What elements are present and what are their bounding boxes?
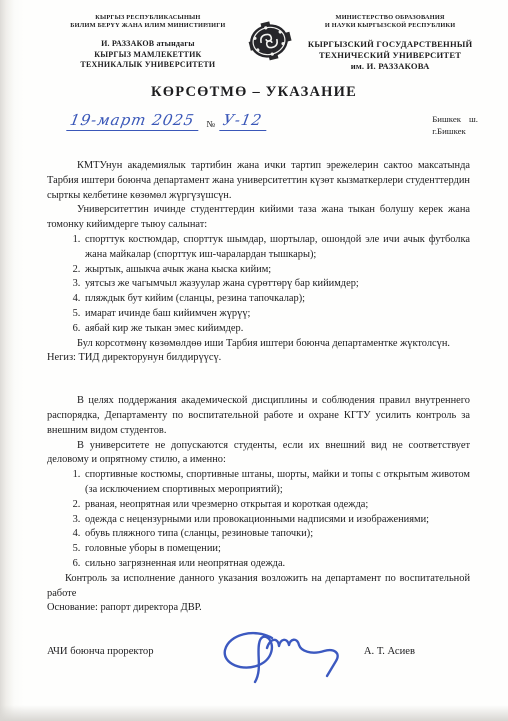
university-russian-line2: ТЕХНИЧЕСКИЙ УНИВЕРСИТЕТ: [302, 50, 478, 61]
ministry-name-kyrgyz: КЫРГЫЗ РЕСПУБЛИКАСЫНЫН БИЛИМ БЕРҮҮ ЖАНА …: [60, 14, 236, 30]
kyrgyz-paragraph-2: Университеттин ичинде студенттердин кийи…: [47, 203, 470, 233]
header-russian-column: МИНИСТЕРСТВО ОБРАЗОВАНИЯ И НАУКИ КЫРГЫЗС…: [302, 14, 478, 72]
place-line-russian: г.Бишкек: [432, 125, 478, 137]
russian-list-item: рваная, неопрятная или чрезмерно открыта…: [83, 498, 470, 513]
signatory-name: А. Т. Асиев: [364, 646, 415, 657]
russian-closing-2: Основание: рапорт директора ДВР.: [47, 601, 470, 616]
place-city-suffix: ш.: [469, 114, 478, 124]
university-kyrgyz-line1: И. РАЗЗАКОВ атындагы: [60, 39, 236, 50]
university-russian-line3: им. И. РАЗЗАКОВА: [302, 61, 478, 72]
kyrgyz-list-item: спорттук костюмдар, спорттук шымдар, шор…: [83, 233, 470, 263]
ministry-kyrgyz-line1: КЫРГЫЗ РЕСПУБЛИКАСЫНЫН: [60, 14, 236, 22]
kyrgyz-prohibited-list: спорттук костюмдар, спорттук шымдар, шор…: [47, 233, 470, 337]
russian-list-item: спортивные костюмы, спортивные штаны, шо…: [83, 468, 470, 498]
place-city-kyrgyz: Бишкек: [432, 113, 461, 125]
russian-closing-1: Контроль за исполнение данного указания …: [47, 572, 470, 602]
ministry-russian-line1: МИНИСТЕРСТВО ОБРАЗОВАНИЯ: [302, 14, 478, 22]
university-kyrgyz-line3: ТЕХНИКАЛЫК УНИВЕРСИТЕТИ: [60, 60, 236, 71]
kyrgyz-closing-2: Негиз: ТИД директорунун билдирүүсү.: [47, 351, 470, 366]
handwritten-date: 19-март 2025: [66, 111, 202, 131]
kyrgyz-list-item: уятсыз же чагымчыл жазуулар жана сүрөттө…: [83, 277, 470, 292]
university-name-russian: КЫРГЫЗСКИЙ ГОСУДАРСТВЕННЫЙ ТЕХНИЧЕСКИЙ У…: [302, 39, 478, 72]
document-title: КӨРСӨТМӨ – УКАЗАНИЕ: [0, 84, 508, 101]
section-divider-gap: [47, 366, 470, 394]
ministry-kyrgyz-line2: БИЛИМ БЕРҮҮ ЖАНА ИЛИМ МИНИСТИРЛИГИ: [60, 22, 236, 30]
signatory-position: АЧИ боюнча проректор: [47, 646, 154, 657]
ministry-russian-line2: И НАУКИ КЫРГЫЗСКОЙ РЕСПУБЛИКИ: [302, 22, 478, 30]
russian-paragraph-2: В университете не допускаются студенты, …: [47, 439, 470, 469]
date-and-number-line: 19-март 2025 № У-12: [68, 111, 268, 131]
kyrgyz-list-item: жыртык, ашыкча ачык жана кыска кийим;: [83, 263, 470, 278]
university-russian-line1: КЫРГЫЗСКИЙ ГОСУДАРСТВЕННЫЙ: [302, 39, 478, 50]
russian-list-item: одежда с нецензурными или провокационным…: [83, 513, 470, 528]
place-line-kyrgyz: Бишкекш.: [432, 113, 478, 125]
kyrgyz-list-item: имарат ичинде баш кийимчен жүрүү;: [83, 307, 470, 322]
scanned-document-page: КЫРГЫЗ РЕСПУБЛИКАСЫНЫН БИЛИМ БЕРҮҮ ЖАНА …: [0, 0, 508, 721]
document-header: КЫРГЫЗ РЕСПУБЛИКАСЫНЫН БИЛИМ БЕРҮҮ ЖАНА …: [0, 0, 508, 72]
university-name-kyrgyz: И. РАЗЗАКОВ атындагы КЫРГЫЗ МАМЛЕКЕТТИК …: [60, 39, 236, 71]
kyrgyz-paragraph-1: КМТУнун академиялык тартибин жана ички т…: [47, 159, 470, 203]
kyrgyz-list-item: пляждык бут кийим (сланцы, резина тапочк…: [83, 292, 470, 307]
document-body: КМТУнун академиялык тартибин жана ички т…: [47, 159, 470, 616]
russian-paragraph-1: В целях поддержания академической дисцип…: [47, 394, 470, 438]
kyrgyz-list-item: аябай кир же тыкан эмес кийимдер.: [83, 322, 470, 337]
university-kyrgyz-line2: КЫРГЫЗ МАМЛЕКЕТТИК: [60, 50, 236, 61]
place-block: Бишкекш. г.Бишкек: [432, 111, 478, 137]
kyrgyz-closing-1: Бул корсотмөнү көзөмөлдөө иши Тарбия ишт…: [47, 337, 470, 352]
number-sign: №: [206, 119, 215, 131]
header-kyrgyz-column: КЫРГЫЗ РЕСПУБЛИКАСЫНЫН БИЛИМ БЕРҮҮ ЖАНА …: [60, 14, 236, 71]
russian-list-item: головные уборы в помещении;: [83, 542, 470, 557]
handwritten-number: У-12: [219, 111, 270, 131]
handwritten-signature-icon: [217, 618, 367, 699]
university-seal-icon: [236, 14, 303, 64]
russian-list-item: обувь пляжного типа (сланцы, резиновые т…: [83, 527, 470, 542]
russian-list-item: сильно загрязненная или неопрятная одежд…: [83, 557, 470, 572]
ministry-name-russian: МИНИСТЕРСТВО ОБРАЗОВАНИЯ И НАУКИ КЫРГЫЗС…: [302, 14, 478, 30]
russian-prohibited-list: спортивные костюмы, спортивные штаны, шо…: [47, 468, 470, 572]
document-meta-row: 19-март 2025 № У-12 Бишкекш. г.Бишкек: [68, 111, 478, 137]
signature-row: АЧИ боюнча проректор А. Т. Асиев: [47, 646, 470, 657]
